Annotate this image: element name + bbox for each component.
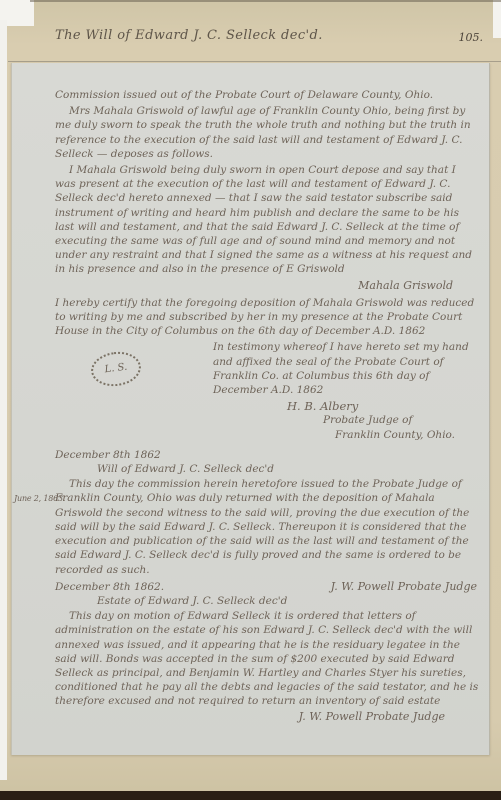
entry2-judge-signature: J. W. Powell Probate Judge — [331, 580, 479, 594]
commission-line: Commission issued out of the Probate Cou… — [55, 88, 479, 102]
page-top-edge — [30, 0, 501, 2]
scan-bottom-edge — [0, 791, 501, 800]
scanner-background-corner — [493, 0, 501, 38]
page-title: The Will of Edward J. C. Selleck dec'd. — [55, 28, 323, 43]
ledger-page-scan: The Will of Edward J. C. Selleck dec'd. … — [0, 0, 501, 800]
judge-signature: H. B. Albery — [287, 399, 479, 413]
entry2-heading: Will of Edward J. C. Selleck dec'd — [97, 462, 479, 476]
entry3-date-row: December 8th 1862. J. W. Powell Probate … — [55, 580, 479, 594]
deponent-signature: Mahala Griswold — [55, 279, 479, 293]
record-body: Commission issued out of the Probate Cou… — [55, 88, 479, 724]
notary-seal: L. S. — [89, 350, 143, 390]
deposition-intro: Mrs Mahala Griswold of lawful age of Fra… — [55, 104, 479, 161]
testimony-clause: In testimony whereof I have hereto set m… — [213, 340, 469, 397]
header-rule-line — [8, 61, 501, 62]
certification-paragraph: I hereby certify that the foregoing depo… — [55, 296, 479, 339]
entry2-body: June 2, 1863. This day the commission he… — [55, 477, 479, 576]
entry3-body: This day on motion of Edward Selleck it … — [55, 609, 479, 708]
entry2-body-text: This day the commission herein heretofor… — [55, 478, 469, 575]
testimony-block: L. S. In testimony whereof I have hereto… — [55, 340, 479, 397]
judge-county: Franklin County, Ohio. — [335, 428, 479, 442]
page-number: 105. — [459, 31, 484, 44]
seal-label: L. S. — [104, 361, 128, 378]
judge-title: Probate Judge of — [323, 413, 479, 427]
entry3-heading: Estate of Edward J. C. Selleck dec'd — [97, 594, 479, 608]
entry3-date: December 8th 1862. — [55, 580, 164, 594]
scanner-background-edge — [0, 20, 7, 780]
deposition-body: I Mahala Griswold being duly sworn in op… — [55, 163, 479, 277]
entry3-body-text: This day on motion of Edward Selleck it … — [55, 610, 478, 707]
entry3-judge-signature: J. W. Powell Probate Judge — [55, 710, 479, 724]
entry2-date: December 8th 1862 — [55, 448, 479, 462]
margin-filing-note: June 2, 1863. — [0, 492, 65, 506]
